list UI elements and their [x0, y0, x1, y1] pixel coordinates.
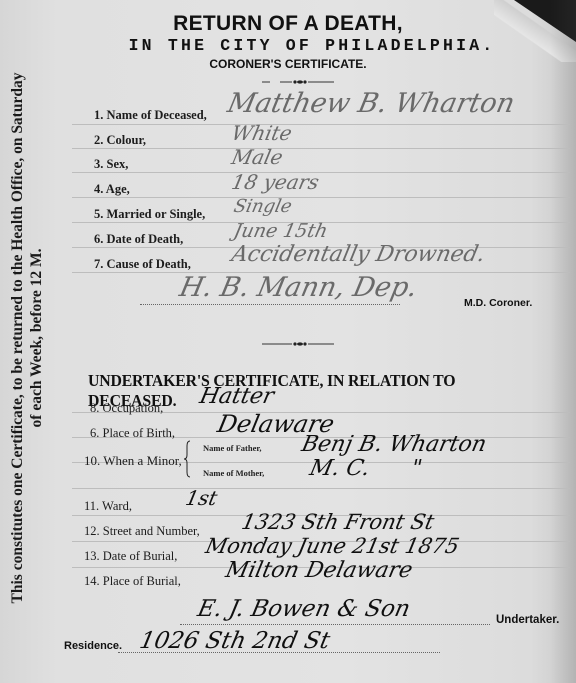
page-edge-shadow — [550, 0, 576, 683]
field-value-date-of-death: June 15th — [232, 220, 330, 242]
undertaker-title-label: Undertaker. — [496, 614, 559, 626]
field-label-when-a-minor: 10. When a Minor, — [84, 453, 182, 469]
field-value-occupation: Hatter — [197, 384, 276, 409]
death-certificate-page: This constitutes one Certificate, to be … — [0, 0, 576, 683]
field-label-sex: 3. Sex, — [94, 157, 128, 172]
field-label-occupation: 8. Occupation, — [90, 401, 163, 416]
field-value-name-of-mother: M. C. " — [307, 456, 424, 481]
brace-icon — [184, 440, 194, 478]
ruled-line — [72, 124, 570, 125]
document-title: RETURN OF A DEATH, — [0, 12, 576, 36]
field-label-ward: 11. Ward, — [84, 499, 132, 514]
residence-label: Residence. — [64, 640, 122, 652]
field-label-age: 4. Age, — [94, 182, 130, 197]
field-label-place-of-burial: 14. Place of Burial, — [84, 574, 181, 589]
field-label-street-and-number: 12. Street and Number, — [84, 524, 200, 539]
field-label-name-of-father: Name of Father, — [203, 443, 261, 453]
ornament-divider-icon — [262, 340, 334, 348]
ruled-line — [72, 172, 570, 173]
coroner-title-label: M.D. Coroner. — [464, 297, 532, 309]
ruled-line — [72, 488, 570, 489]
coroner-signature-line — [140, 304, 400, 305]
ornament-divider-icon — [262, 78, 334, 86]
field-value-name-of-father: Benj B. Wharton — [299, 432, 488, 457]
field-value-street-and-number: 1323 Sth Front St — [239, 510, 436, 534]
coroner-section-title: CORONER'S CERTIFICATE. — [0, 57, 576, 71]
field-label-colour: 2. Colour, — [94, 133, 146, 148]
side-note-line-2: of each Week, before 12 M. — [27, 0, 46, 676]
field-label-name-of-mother: Name of Mother, — [203, 468, 264, 478]
field-value-cause-of-death: Accidentally Drowned. — [229, 242, 487, 267]
field-label-date-of-death: 6. Date of Death, — [94, 232, 183, 247]
field-value-place-of-burial: Milton Delaware — [223, 558, 414, 583]
field-value-date-of-burial: Monday June 21st 1875 — [203, 534, 461, 558]
ruled-line — [72, 197, 570, 198]
field-value-sex: Male — [229, 145, 285, 169]
field-value-age: 18 years — [229, 170, 321, 194]
undertaker-signature: E. J. Bowen & Son — [195, 596, 412, 622]
side-note-line-1: This constitutes one Certificate, to be … — [8, 0, 27, 676]
undertaker-signature-line — [180, 624, 490, 625]
field-value-name: Matthew B. Wharton — [225, 88, 518, 119]
field-value-colour: White — [229, 121, 294, 145]
field-label-name: 1. Name of Deceased, — [94, 108, 207, 123]
field-label-place-of-birth: 6. Place of Birth, — [90, 426, 175, 441]
field-value-marital-status: Single — [232, 196, 294, 217]
field-label-marital-status: 5. Married or Single, — [94, 207, 205, 222]
field-label-date-of-burial: 13. Date of Burial, — [84, 549, 177, 564]
document-subtitle: IN THE CITY OF PHILADELPHIA. — [62, 36, 562, 55]
coroner-signature: H. B. Mann, Dep. — [177, 272, 420, 303]
field-label-cause-of-death: 7. Cause of Death, — [94, 257, 191, 272]
field-value-ward: 1st — [183, 486, 219, 510]
side-instruction-note: This constitutes one Certificate, to be … — [8, 0, 68, 676]
ruled-line — [72, 148, 570, 149]
residence-value: 1026 Sth 2nd St — [137, 628, 332, 654]
